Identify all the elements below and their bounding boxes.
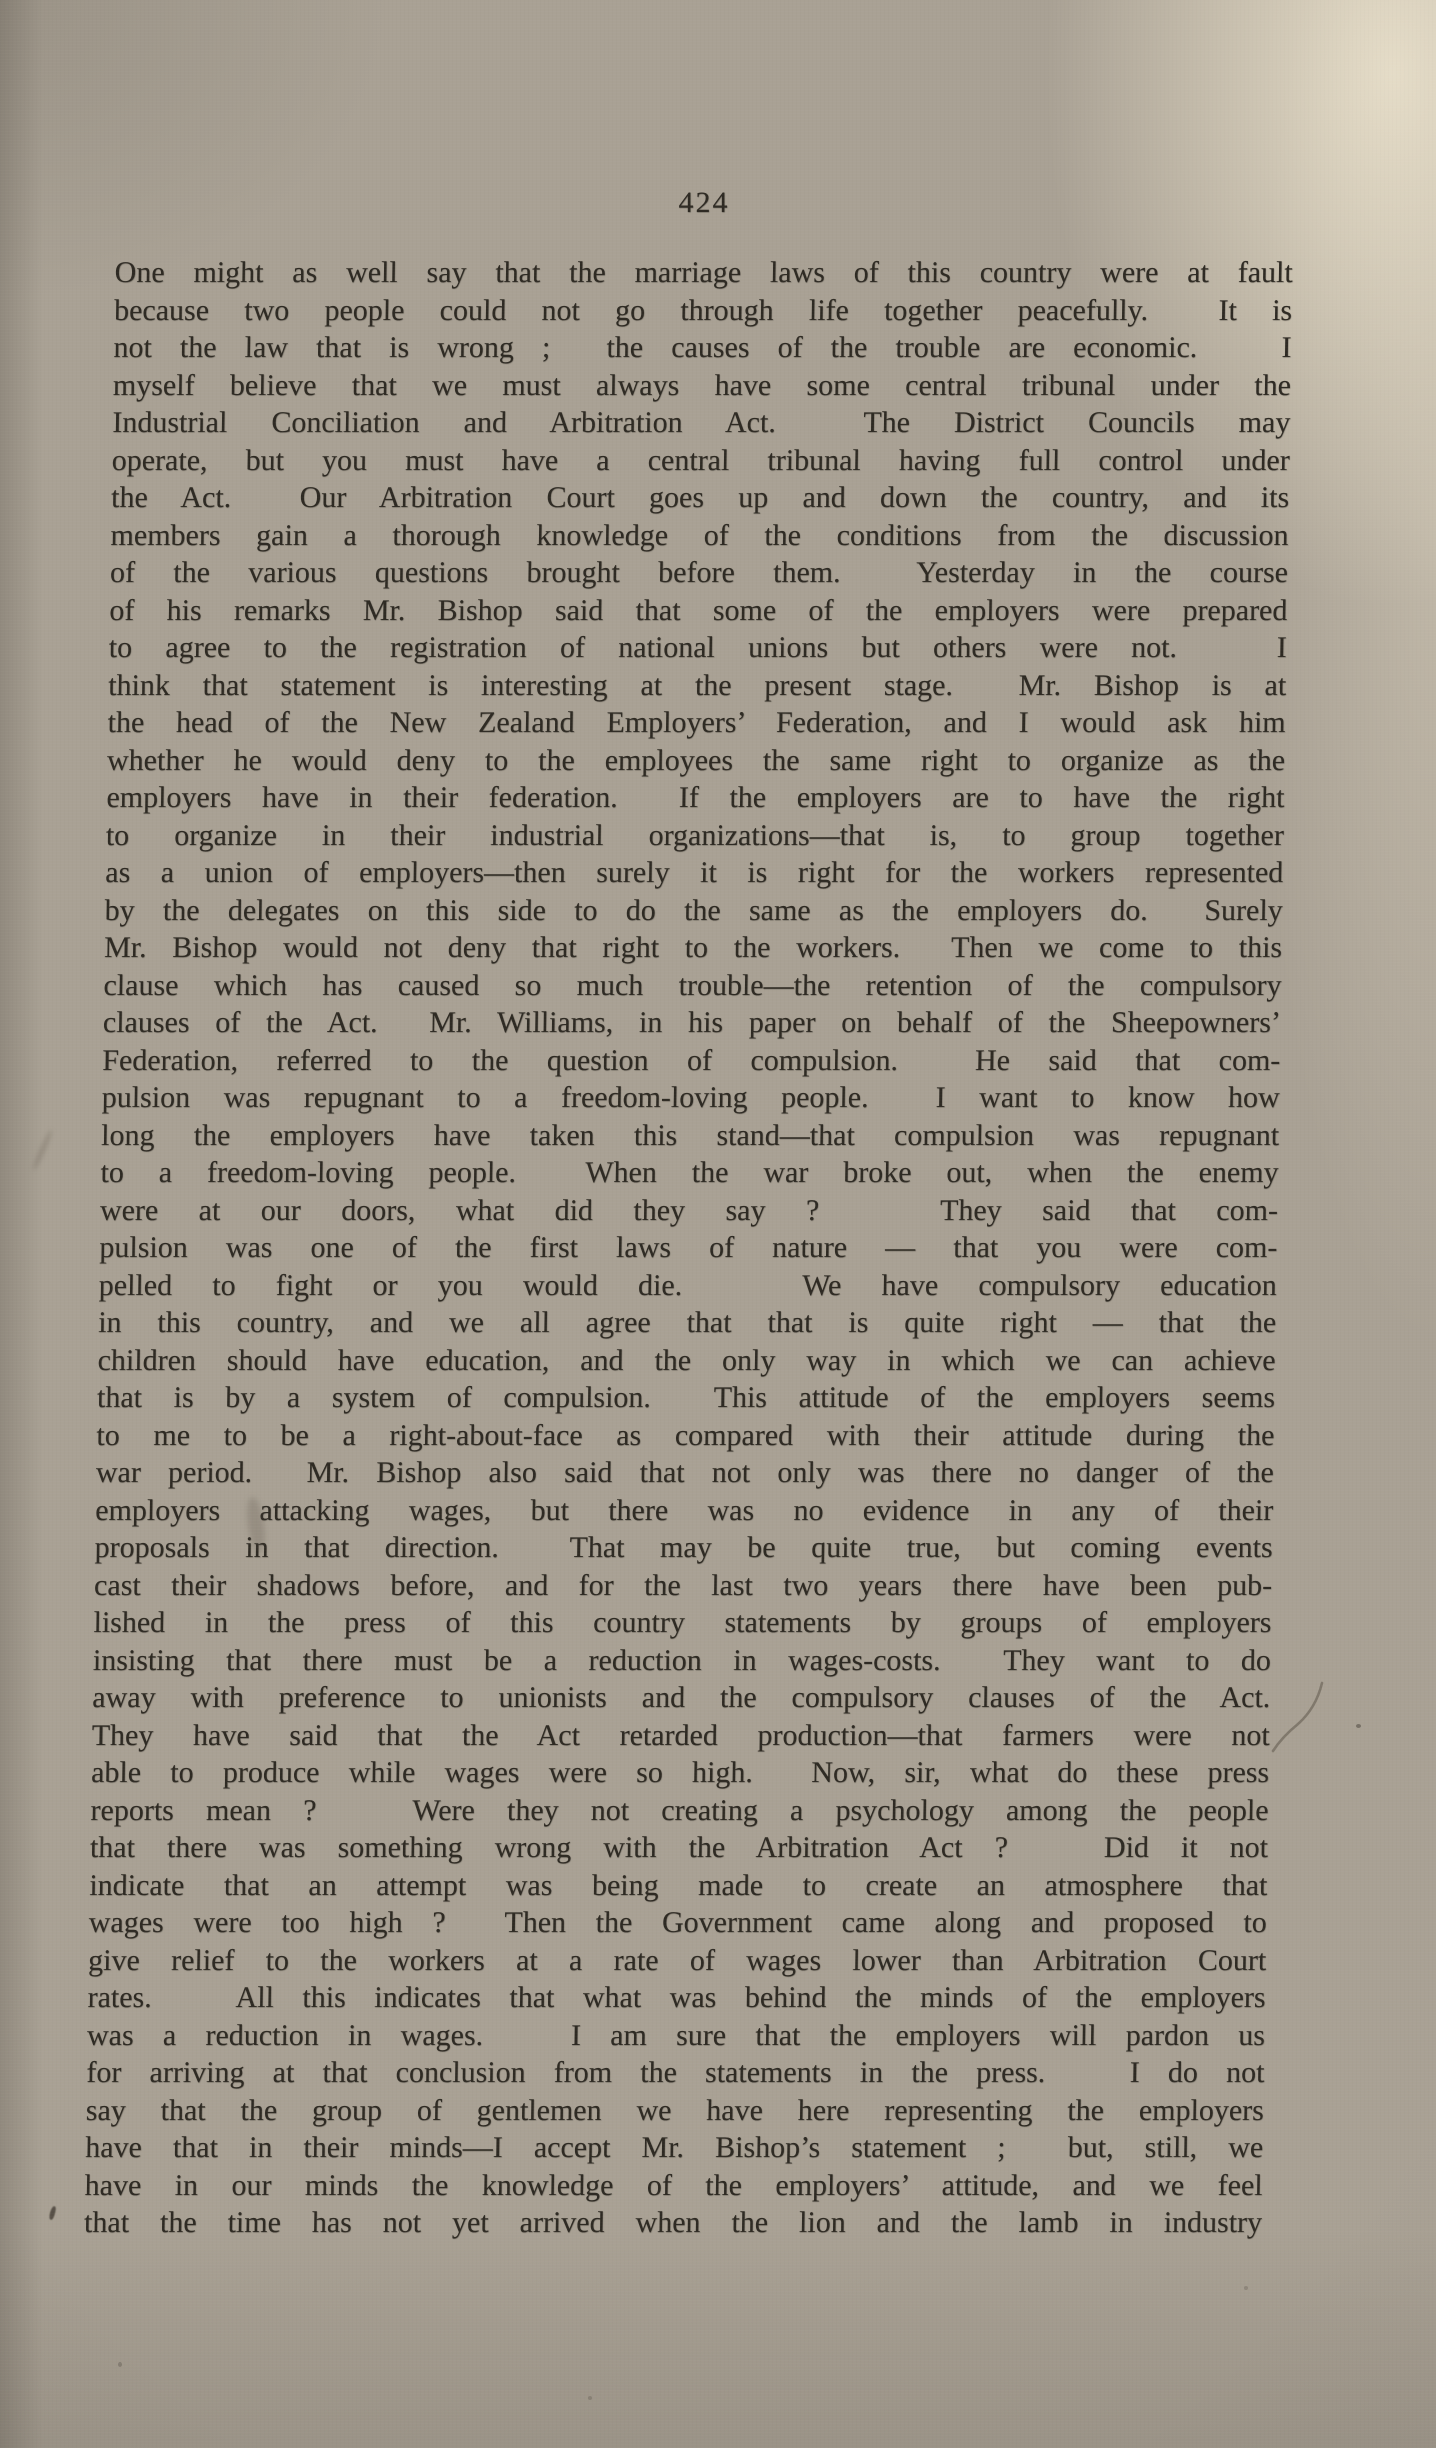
text-line: because two people could not go through … <box>114 292 1293 330</box>
paper-speck <box>588 2396 592 2400</box>
text-line: able to produce while wages were so high… <box>91 1754 1270 1792</box>
text-line: proposals in that direction. That may be… <box>94 1529 1273 1567</box>
page-number: 424 <box>115 186 1293 220</box>
text-line: was a reduction in wages. I am sure that… <box>87 2017 1266 2055</box>
text-line: employers have in their federation. If t… <box>106 779 1285 817</box>
scanned-book-page: 424 One might as well say that the marri… <box>0 0 1436 2448</box>
text-line: by the delegates on this side to do the … <box>104 892 1283 930</box>
text-line: members gain a thorough knowledge of the… <box>110 517 1289 555</box>
tick-mark-left-margin <box>48 2206 56 2221</box>
text-line: were at our doors, what did they say ? T… <box>100 1192 1279 1230</box>
text-line: whether he would deny to the employees t… <box>107 742 1286 780</box>
paper-speck <box>118 2362 122 2367</box>
text-line: to organize in their industrial organiza… <box>106 817 1285 855</box>
text-line: long the employers have taken this stand… <box>101 1117 1280 1155</box>
text-line: They have said that the Act retarded pro… <box>91 1717 1270 1755</box>
text-line: to agree to the registration of national… <box>109 629 1288 667</box>
text-line: think that statement is interesting at t… <box>108 667 1287 705</box>
text-line: Mr. Bishop would not deny that right to … <box>104 929 1283 967</box>
text-line: the Act. Our Arbitration Court goes up a… <box>111 479 1290 517</box>
text-line: One might as well say that the marriage … <box>114 254 1293 292</box>
text-line: myself believe that we must always have … <box>113 367 1292 405</box>
text-line: war period. Mr. Bishop also said that no… <box>96 1454 1275 1492</box>
pencil-smudge-left-margin <box>31 1129 53 1171</box>
text-line: operate, but you must have a central tri… <box>111 442 1290 480</box>
text-line: pulsion was one of the first laws of nat… <box>99 1229 1278 1267</box>
text-line: say that the group of gentlemen we have … <box>86 2092 1265 2130</box>
text-line: the head of the New Zealand Employers’ F… <box>107 704 1286 742</box>
text-line: in this country, and we all agree that t… <box>98 1304 1277 1342</box>
text-line: for arriving at that conclusion from the… <box>86 2054 1265 2092</box>
text-line: clause which has caused so much trouble—… <box>103 967 1282 1005</box>
text-line: Industrial Conciliation and Arbitration … <box>112 404 1291 442</box>
text-line: pulsion was repugnant to a freedom-lovin… <box>101 1079 1280 1117</box>
text-line: cast their shadows before, and for the l… <box>94 1567 1273 1605</box>
text-line: children should have education, and the … <box>97 1342 1276 1380</box>
text-line: Federation, referred to the question of … <box>102 1042 1281 1080</box>
text-line: indicate that an attempt was being made … <box>89 1867 1268 1905</box>
text-line: to me to be a right-about-face as compar… <box>96 1417 1275 1455</box>
text-line: not the law that is wrong ; the causes o… <box>113 329 1292 367</box>
text-line: wages were too high ? Then the Governmen… <box>88 1904 1267 1942</box>
text-line: pelled to fight or you would die. We hav… <box>99 1267 1278 1305</box>
text-line: lished in the press of this country stat… <box>93 1604 1272 1642</box>
text-line: to a freedom-loving people. When the war… <box>100 1154 1279 1192</box>
pen-mark-right-margin <box>1270 1680 1328 1756</box>
text-line: that there was something wrong with the … <box>90 1829 1269 1867</box>
text-line: of the various questions brought before … <box>110 554 1289 592</box>
text-line: insisting that there must be a reduction… <box>93 1642 1272 1680</box>
text-line: give relief to the workers at a rate of … <box>88 1942 1267 1980</box>
body-text: One might as well say that the marriage … <box>84 254 1293 2242</box>
text-line: clauses of the Act. Mr. Williams, in his… <box>103 1004 1282 1042</box>
paper-speck <box>1244 2286 1248 2290</box>
text-line: away with preference to unionists and th… <box>92 1679 1271 1717</box>
text-line: of his remarks Mr. Bishop said that some… <box>109 592 1288 630</box>
text-line: as a union of employers—then surely it i… <box>105 854 1284 892</box>
paper-speck <box>1356 1724 1361 1728</box>
text-line: rates. All this indicates that what was … <box>87 1979 1266 2017</box>
text-line: that is by a system of compulsion. This … <box>97 1379 1276 1417</box>
text-line: that the time has not yet arrived when t… <box>84 2204 1263 2242</box>
text-line: reports mean ? Were they not creating a … <box>90 1792 1269 1830</box>
text-line: employers attacking wages, but there was… <box>95 1492 1274 1530</box>
text-line: have in our minds the knowledge of the e… <box>84 2167 1263 2205</box>
text-line: have that in their minds—I accept Mr. Bi… <box>85 2129 1264 2167</box>
